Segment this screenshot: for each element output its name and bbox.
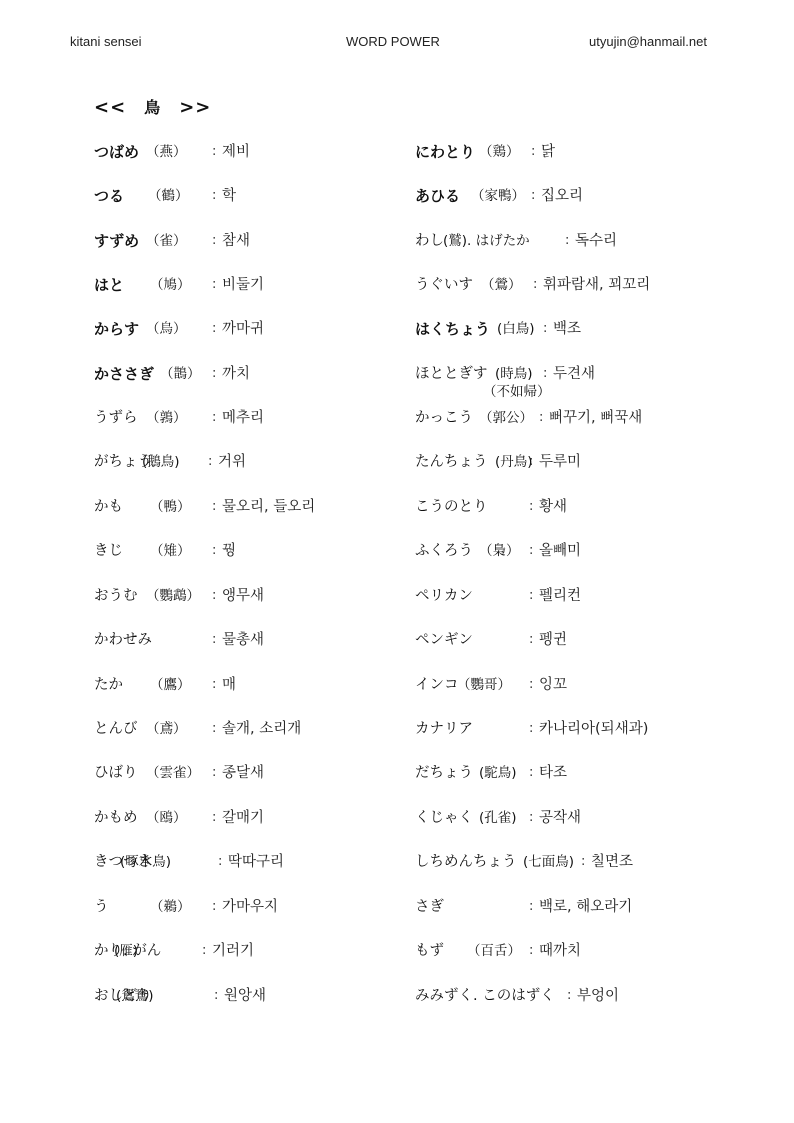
separator: : bbox=[529, 718, 533, 740]
separator: : bbox=[212, 363, 216, 385]
separator: : bbox=[529, 940, 533, 962]
separator: : bbox=[212, 274, 216, 296]
separator: : bbox=[565, 230, 569, 252]
kanji-reading: （鸚哥） bbox=[457, 674, 511, 696]
header-title: WORD POWER bbox=[346, 34, 440, 49]
alternate-kanji: （不如帰） bbox=[483, 381, 551, 403]
header-email: utyujin@hanmail.net bbox=[589, 34, 707, 49]
japanese-word: かわせみ bbox=[94, 629, 152, 651]
vocab-entry: からす（烏）:까마귀 bbox=[94, 318, 414, 340]
separator: : bbox=[529, 762, 533, 784]
japanese-word: からす bbox=[94, 318, 139, 340]
separator: : bbox=[581, 851, 585, 873]
kanji-reading: （鶯） bbox=[481, 274, 522, 296]
kanji-reading: （雉） bbox=[150, 540, 191, 562]
korean-meaning: 때까치 bbox=[539, 940, 581, 962]
japanese-word: はくちょう bbox=[415, 318, 490, 340]
kanji-reading: (鵝鳥) bbox=[142, 451, 180, 473]
section-title: <<鳥>> bbox=[94, 95, 211, 118]
japanese-word: ふくろう bbox=[415, 540, 473, 562]
japanese-word: ひばり bbox=[94, 762, 138, 784]
kanji-reading: (啄木鳥) bbox=[120, 851, 171, 873]
korean-meaning: 물오리, 들오리 bbox=[222, 496, 315, 518]
japanese-word: くじゃく bbox=[415, 807, 473, 829]
korean-meaning: 두루미 bbox=[539, 451, 581, 473]
korean-meaning: 까마귀 bbox=[222, 318, 264, 340]
japanese-word: にわとり bbox=[415, 141, 475, 163]
korean-meaning: 백로, 해오라기 bbox=[539, 896, 632, 918]
separator: : bbox=[202, 940, 206, 962]
japanese-word: かも bbox=[94, 496, 123, 518]
vocab-entry: だちょう(駝鳥):타조 bbox=[415, 762, 735, 784]
korean-meaning: 칠면조 bbox=[591, 851, 633, 873]
kanji-reading: （鳩） bbox=[150, 274, 191, 296]
separator: : bbox=[218, 851, 222, 873]
japanese-word: だちょう bbox=[415, 762, 473, 784]
japanese-word: あひる bbox=[415, 185, 460, 207]
japanese-word: カナリア bbox=[415, 718, 473, 740]
separator: : bbox=[531, 141, 535, 163]
japanese-word: もず bbox=[415, 940, 444, 962]
korean-meaning: 가마우지 bbox=[222, 896, 278, 918]
vocab-entry: ひばり（雲雀）:종달새 bbox=[94, 762, 414, 784]
vocab-entry: う（鵜）:가마우지 bbox=[94, 896, 414, 918]
vocab-entry: ペンギン:펭귄 bbox=[415, 629, 735, 651]
separator: : bbox=[531, 185, 535, 207]
kanji-reading: (七面鳥) bbox=[523, 851, 574, 873]
japanese-word: さぎ bbox=[415, 896, 444, 918]
vocab-entry: ふくろう（梟）:올빼미 bbox=[415, 540, 735, 562]
japanese-word: ペンギン bbox=[415, 629, 473, 651]
korean-meaning: 갈매기 bbox=[222, 807, 264, 829]
korean-meaning: 올빼미 bbox=[539, 540, 581, 562]
kanji-reading: (鴛鴦) bbox=[116, 985, 154, 1007]
vocab-entry: うぐいす（鶯）:휘파람새, 꾀꼬리 bbox=[415, 274, 735, 296]
vocab-entry: たか（鷹）:매 bbox=[94, 674, 414, 696]
kanji-reading: （鳶） bbox=[146, 718, 187, 740]
kanji-reading: （鷹） bbox=[150, 674, 191, 696]
korean-meaning: 매 bbox=[222, 674, 236, 696]
korean-meaning: 독수리 bbox=[575, 230, 617, 252]
separator: : bbox=[212, 674, 216, 696]
title-subject: 鳥 bbox=[144, 98, 161, 117]
vocab-entry: にわとり（鶏）:닭 bbox=[415, 141, 735, 163]
korean-meaning: 제비 bbox=[222, 141, 250, 163]
separator: : bbox=[529, 807, 533, 829]
korean-meaning: 카나리아(되새과) bbox=[539, 718, 648, 740]
vocab-entry: うずら（鶉）:메추리 bbox=[94, 407, 414, 429]
japanese-word: わし bbox=[415, 230, 444, 252]
kanji-reading: （鸚鵡） bbox=[146, 585, 200, 607]
japanese-word: おうむ bbox=[94, 585, 138, 607]
kanji-reading: （百舌） bbox=[467, 940, 521, 962]
korean-meaning: 펠리컨 bbox=[539, 585, 581, 607]
separator: : bbox=[539, 407, 543, 429]
vocab-entry: おしどり(鴛鴦):원앙새 bbox=[94, 985, 414, 1007]
kanji-reading: (丹鳥) bbox=[495, 451, 533, 473]
japanese-word: すずめ bbox=[94, 230, 139, 252]
vocab-entry: カナリア:카나리아(되새과) bbox=[415, 718, 735, 740]
kanji-reading: （郭公） bbox=[479, 407, 533, 429]
japanese-word: かささぎ bbox=[94, 363, 154, 385]
korean-meaning: 펭귄 bbox=[539, 629, 567, 651]
japanese-word: つる bbox=[94, 185, 124, 207]
japanese-word: かっこう bbox=[415, 407, 473, 429]
separator: : bbox=[212, 318, 216, 340]
korean-meaning: 종달새 bbox=[222, 762, 264, 784]
vocab-entry: しちめんちょう(七面鳥):칠면조 bbox=[415, 851, 735, 873]
separator: : bbox=[533, 274, 537, 296]
header-author: kitani sensei bbox=[70, 34, 142, 49]
separator: : bbox=[543, 318, 547, 340]
korean-meaning: 백조 bbox=[553, 318, 581, 340]
vocab-entry: はと（鳩）:비둘기 bbox=[94, 274, 414, 296]
japanese-word: うずら bbox=[94, 407, 138, 429]
korean-meaning: 집오리 bbox=[541, 185, 583, 207]
japanese-word: うぐいす bbox=[415, 274, 473, 296]
korean-meaning: 메추리 bbox=[222, 407, 264, 429]
kanji-reading: （家鴨） bbox=[471, 185, 525, 207]
kanji-reading: (雁) bbox=[114, 940, 138, 962]
korean-meaning: 비둘기 bbox=[222, 274, 264, 296]
kanji-reading: （鶴） bbox=[148, 185, 189, 207]
kanji-reading: (白鳥) bbox=[497, 318, 535, 340]
kanji-reading: (鷲). はげたか bbox=[443, 230, 530, 252]
kanji-reading: （梟） bbox=[479, 540, 520, 562]
korean-meaning: 잉꼬 bbox=[539, 674, 567, 696]
vocab-entry: さぎ:백로, 해오라기 bbox=[415, 896, 735, 918]
korean-meaning: 공작새 bbox=[539, 807, 581, 829]
kanji-reading: （鴨） bbox=[150, 496, 191, 518]
japanese-word: とんび bbox=[94, 718, 138, 740]
separator: : bbox=[529, 896, 533, 918]
japanese-word: インコ bbox=[415, 674, 459, 696]
korean-meaning: 타조 bbox=[539, 762, 567, 784]
vocab-entry: ほととぎす(時鳥):두견새（不如帰） bbox=[415, 363, 735, 385]
japanese-word: しちめんちょう bbox=[415, 851, 517, 873]
separator: : bbox=[212, 407, 216, 429]
vocab-entry: くじゃく(孔雀):공작새 bbox=[415, 807, 735, 829]
korean-meaning: 원앙새 bbox=[224, 985, 266, 1007]
vocab-entry: かも（鴨）:물오리, 들오리 bbox=[94, 496, 414, 518]
title-close: >> bbox=[179, 97, 211, 118]
vocab-entry: すずめ（雀）:참새 bbox=[94, 230, 414, 252]
korean-meaning: 앵무새 bbox=[222, 585, 264, 607]
japanese-word: みみずく. このはずく bbox=[415, 985, 555, 1007]
korean-meaning: 닭 bbox=[541, 141, 555, 163]
separator: : bbox=[529, 674, 533, 696]
korean-meaning: 참새 bbox=[222, 230, 250, 252]
separator: : bbox=[529, 451, 533, 473]
vocab-entry: はくちょう(白鳥):백조 bbox=[415, 318, 735, 340]
kanji-reading: （燕） bbox=[146, 141, 187, 163]
korean-meaning: 물총새 bbox=[222, 629, 264, 651]
separator: : bbox=[212, 141, 216, 163]
korean-meaning: 부엉이 bbox=[577, 985, 619, 1007]
kanji-reading: （雀） bbox=[146, 230, 187, 252]
vocab-entry: とんび（鳶）:솔개, 소리개 bbox=[94, 718, 414, 740]
korean-meaning: 두견새 bbox=[553, 363, 595, 385]
korean-meaning: 까치 bbox=[222, 363, 250, 385]
vocab-entry: きじ（雉）:꿩 bbox=[94, 540, 414, 562]
separator: : bbox=[212, 807, 216, 829]
separator: : bbox=[212, 230, 216, 252]
vocab-entry: あひる（家鴨）:집오리 bbox=[415, 185, 735, 207]
kanji-reading: (駝鳥) bbox=[479, 762, 517, 784]
japanese-word: きじ bbox=[94, 540, 123, 562]
vocab-entry: もず（百舌）:때까치 bbox=[415, 940, 735, 962]
separator: : bbox=[212, 762, 216, 784]
korean-meaning: 학 bbox=[222, 185, 236, 207]
vocab-entry: かわせみ:물총새 bbox=[94, 629, 414, 651]
separator: : bbox=[212, 585, 216, 607]
japanese-word: ペリカン bbox=[415, 585, 473, 607]
title-open: << bbox=[94, 97, 126, 118]
separator: : bbox=[529, 496, 533, 518]
korean-meaning: 뻐꾸기, 뻐꾹새 bbox=[549, 407, 642, 429]
japanese-word: ほととぎす bbox=[415, 363, 488, 385]
korean-meaning: 꿩 bbox=[222, 540, 236, 562]
vocab-entry: おうむ（鸚鵡）:앵무새 bbox=[94, 585, 414, 607]
separator: : bbox=[212, 629, 216, 651]
vocab-entry: かり. がん(雁):기러기 bbox=[94, 940, 414, 962]
separator: : bbox=[529, 585, 533, 607]
japanese-word: かもめ bbox=[94, 807, 138, 829]
korean-meaning: 거위 bbox=[218, 451, 246, 473]
separator: : bbox=[208, 451, 212, 473]
separator: : bbox=[212, 496, 216, 518]
kanji-reading: （鴎） bbox=[146, 807, 187, 829]
vocab-entry: こうのとり:황새 bbox=[415, 496, 735, 518]
kanji-reading: (孔雀) bbox=[479, 807, 517, 829]
kanji-reading: （鶏） bbox=[479, 141, 520, 163]
korean-meaning: 기러기 bbox=[212, 940, 254, 962]
korean-meaning: 황새 bbox=[539, 496, 567, 518]
separator: : bbox=[529, 540, 533, 562]
kanji-reading: （鵲） bbox=[160, 363, 201, 385]
separator: : bbox=[567, 985, 571, 1007]
japanese-word: はと bbox=[94, 274, 124, 296]
vocab-entry: ペリカン:펠리컨 bbox=[415, 585, 735, 607]
vocab-entry: かっこう（郭公）:뻐꾸기, 뻐꾹새 bbox=[415, 407, 735, 429]
separator: : bbox=[212, 185, 216, 207]
vocab-entry: かささぎ（鵲）:까치 bbox=[94, 363, 414, 385]
kanji-reading: （烏） bbox=[146, 318, 187, 340]
vocab-entry: わし(鷲). はげたか:독수리 bbox=[415, 230, 735, 252]
kanji-reading: （鶉） bbox=[146, 407, 187, 429]
japanese-word: こうのとり bbox=[415, 496, 488, 518]
korean-meaning: 휘파람새, 꾀꼬리 bbox=[543, 274, 650, 296]
japanese-word: つばめ bbox=[94, 141, 139, 163]
vocab-entry: つばめ（燕）:제비 bbox=[94, 141, 414, 163]
vocab-entry: かもめ（鴎）:갈매기 bbox=[94, 807, 414, 829]
separator: : bbox=[214, 985, 218, 1007]
korean-meaning: 딱따구리 bbox=[228, 851, 284, 873]
separator: : bbox=[212, 540, 216, 562]
kanji-reading: （鵜） bbox=[150, 896, 191, 918]
vocab-entry: つる（鶴）:학 bbox=[94, 185, 414, 207]
kanji-reading: （雲雀） bbox=[146, 762, 200, 784]
japanese-word: たか bbox=[94, 674, 123, 696]
vocab-entry: きつつき(啄木鳥):딱따구리 bbox=[94, 851, 414, 873]
vocab-entry: インコ（鸚哥）:잉꼬 bbox=[415, 674, 735, 696]
separator: : bbox=[529, 629, 533, 651]
japanese-word: う bbox=[94, 896, 109, 918]
vocab-entry: たんちょう(丹鳥):두루미 bbox=[415, 451, 735, 473]
vocab-entry: がちょう(鵝鳥):거위 bbox=[94, 451, 414, 473]
korean-meaning: 솔개, 소리개 bbox=[222, 718, 301, 740]
separator: : bbox=[212, 718, 216, 740]
separator: : bbox=[212, 896, 216, 918]
japanese-word: たんちょう bbox=[415, 451, 488, 473]
vocab-entry: みみずく. このはずく:부엉이 bbox=[415, 985, 735, 1007]
